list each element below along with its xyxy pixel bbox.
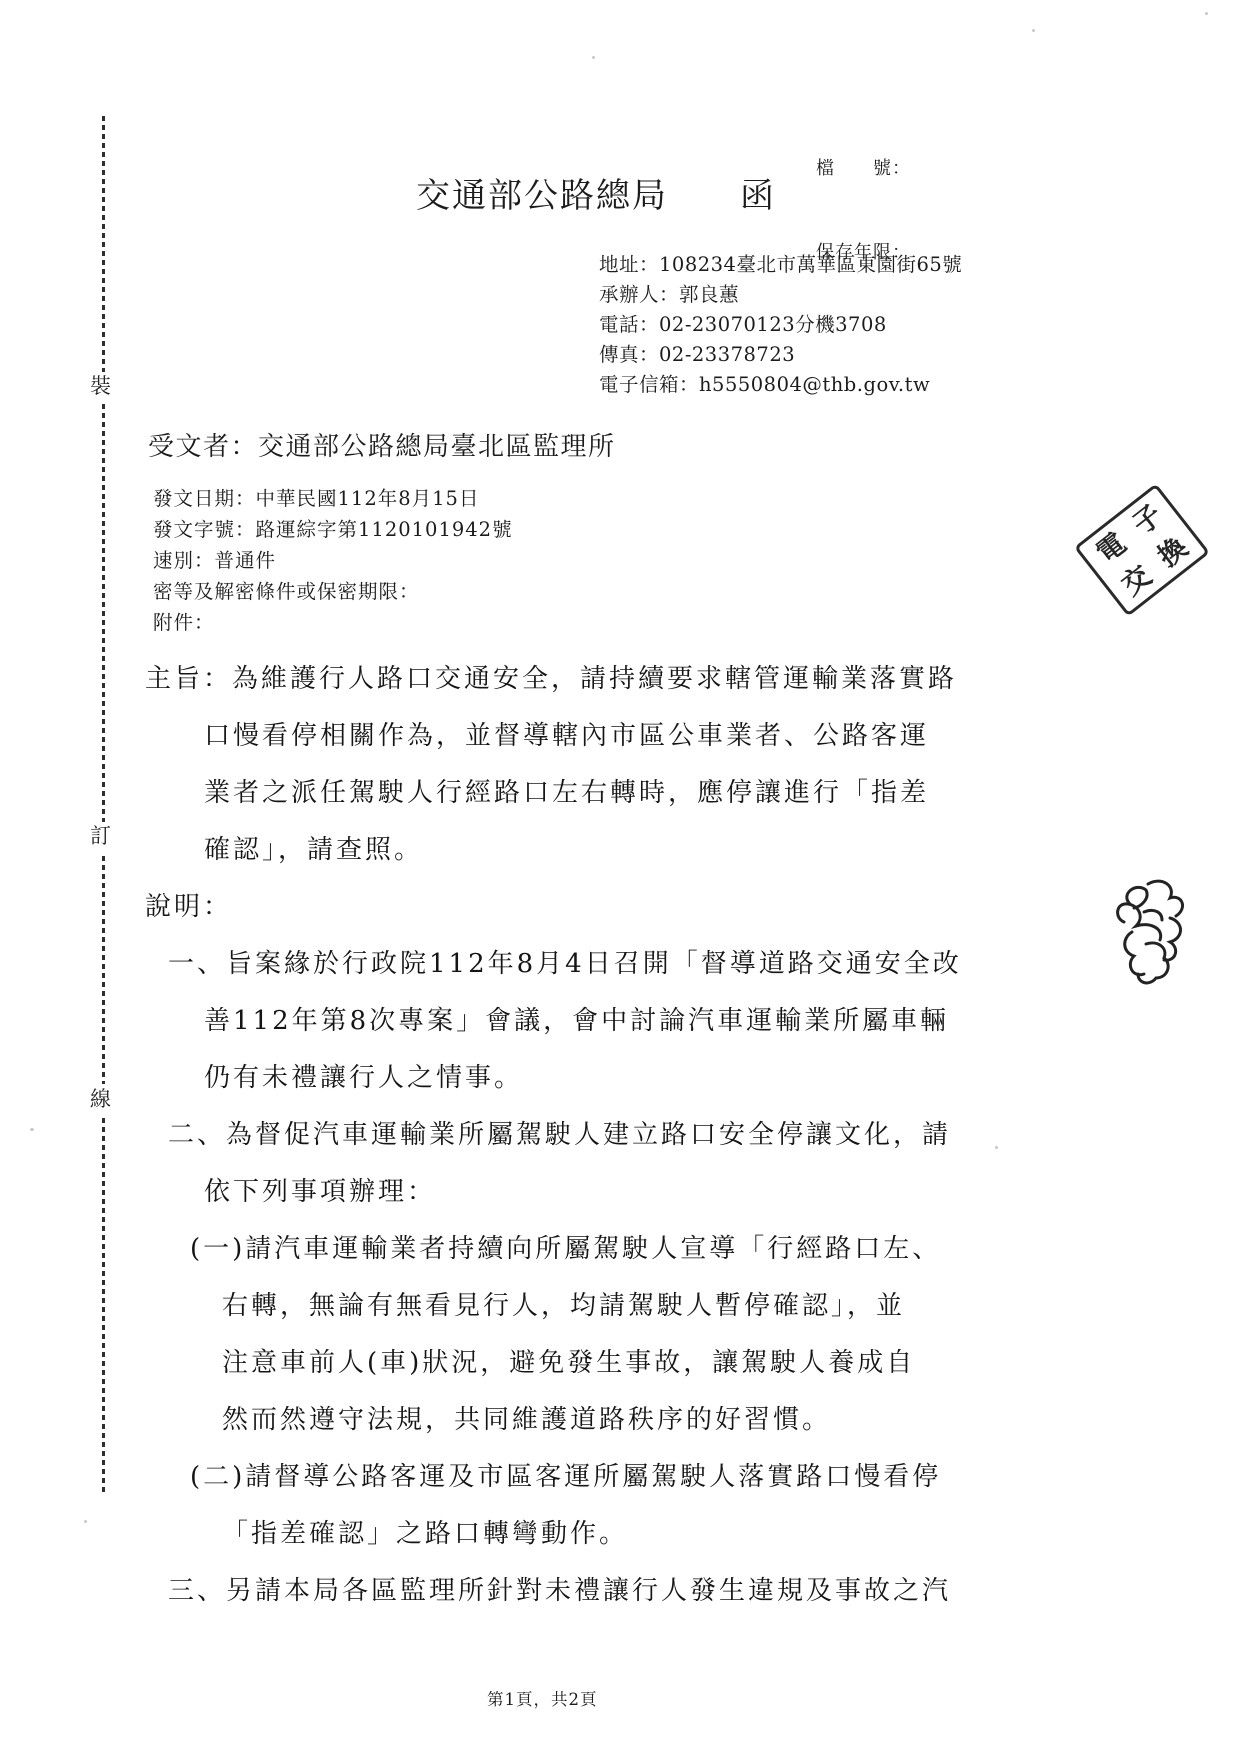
binding-mark-zhuang: 裝 [90,373,111,399]
sender-fax: 傳真：02-23378723 [599,340,962,370]
meta-attachment: 附件： [153,607,513,638]
body-line: 善112年第8次專案」會議，會中討論汽車運輸業所屬車輛 [204,993,1241,1050]
scan-speck [84,1520,87,1523]
body-line: 二、為督促汽車運輸業所屬駕駛人建立路口安全停讓文化，請 [168,1107,1241,1164]
body-line: 一、旨案緣於行政院112年8月4日召開「督導道路交通安全改 [168,936,1241,993]
file-no-label: 檔 號： [816,155,911,183]
body-line: 說明： [145,879,1241,936]
letter-body: 主旨：為維護行人路口交通安全，請持續要求轄管運輸業落實路 口慢看停相關作為，並督… [0,651,1241,1620]
page-footer: 第1頁，共2頁 [487,1686,598,1710]
sender-info-block: 地址：108234臺北市萬華區東園街65號 承辦人：郭良蕙 電話：02-2307… [599,250,962,400]
body-line: 確認」，請查照。 [204,822,1241,879]
meta-priority: 速別：普通件 [153,545,513,576]
body-line: 業者之派任駕駛人行經路口左右轉時，應停讓進行「指差 [204,765,1241,822]
body-line: 右轉，無論有無看見行人，均請駕駛人暫停確認」，並 [222,1278,1241,1335]
body-line: (二)請督導公路客運及市區客運所屬駕駛人落實路口慢看停 [190,1449,1241,1506]
body-line: 仍有未禮讓行人之情事。 [204,1050,1241,1107]
scan-speck [30,1128,34,1131]
sender-phone: 電話：02-23070123分機3708 [599,310,962,340]
document-title: 交通部公路總局 函 [416,168,776,217]
body-line: 注意車前人(車)狀況，避免發生事故，讓駕駛人養成自 [222,1335,1241,1392]
sender-email: 電子信箱：h5550804@thb.gov.tw [599,370,962,400]
electronic-exchange-stamp-icon: 電 子 交 換 [1074,483,1210,616]
sender-address: 地址：108234臺北市萬華區東園街65號 [599,250,962,280]
meta-security: 密等及解密條件或保密期限： [153,576,513,607]
recipient-line: 受文者：交通部公路總局臺北區監理所 [148,426,616,463]
scan-speck [1205,12,1208,15]
body-line: (一)請汽車運輸業者持續向所屬駕駛人宣導「行經路口左、 [190,1221,1241,1278]
meta-doc-number: 發文字號：路運綜字第1120101942號 [153,514,513,545]
sender-contact-person: 承辦人：郭良蕙 [599,280,962,310]
body-line: 主旨：為維護行人路口交通安全，請持續要求轄管運輸業落實路 [145,651,1241,708]
binding-dash-segment [102,116,105,372]
body-line: 然而然遵守法規，共同維護道路秩序的好習慣。 [222,1392,1241,1449]
body-line: 口慢看停相關作為，並督導轄內市區公車業者、公路客運 [204,708,1241,765]
scan-speck [995,1146,998,1149]
meta-date: 發文日期：中華民國112年8月15日 [153,483,513,514]
handwritten-mark-icon [1110,878,1192,990]
scan-speck [1032,29,1035,32]
body-line: 「指差確認」之路口轉彎動作。 [222,1506,1241,1563]
body-line: 依下列事項辦理： [204,1164,1241,1221]
scan-speck [592,56,595,59]
scanned-official-letter-page: { "document": { "header": { "file_no": "… [0,0,1241,1755]
body-line: 三、另請本局各區監理所針對未禮讓行人發生違規及事故之汽 [168,1563,1241,1620]
meta-block: 發文日期：中華民國112年8月15日 發文字號：路運綜字第1120101942號… [153,483,513,638]
